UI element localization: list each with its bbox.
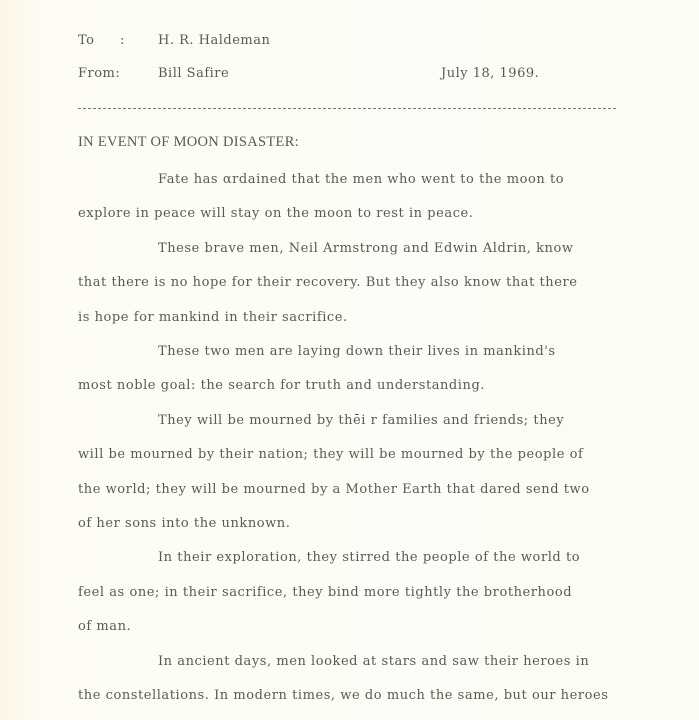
body-line: the constellations. In modern times, we … [78,688,608,704]
body-line: that there is no hope for their recovery… [78,275,577,291]
memo-subject: IN EVENT OF MOON DISASTER: [78,134,299,151]
body-line: In ancient days, men looked at stars and… [158,654,589,670]
body-line: feel as one; in their sacrifice, they bi… [78,585,572,601]
body-line: In their exploration, they stirred the p… [158,550,580,566]
to-label: To [78,33,95,48]
to-value: H. R. Haldeman [158,33,270,48]
body-line: will be mourned by their nation; they wi… [78,447,583,463]
to-colon: : [120,33,124,48]
body-line: of man. [78,619,131,635]
body-line: is hope for mankind in their sacrifice. [78,310,348,326]
from-value: Bill Safire [158,66,229,81]
body-line: the world; they will be mourned by a Mot… [78,482,590,498]
body-line: They will be mourned by thēi r families … [158,413,564,429]
body-line: Fate has αrdained that the men who went … [158,172,564,188]
from-label: From: [78,66,120,81]
memo-page: To : H. R. Haldeman From: Bill Safire Ju… [0,0,699,720]
body-line: These two men are laying down their live… [158,344,556,360]
memo-date: July 18, 1969. [441,66,539,81]
body-line: most noble goal: the search for truth an… [78,378,485,394]
dashed-divider [78,108,616,109]
body-line: These brave men, Neil Armstrong and Edwi… [158,241,574,257]
body-line: of her sons into the unknown. [78,516,290,532]
body-line: explore in peace will stay on the moon t… [78,206,473,222]
